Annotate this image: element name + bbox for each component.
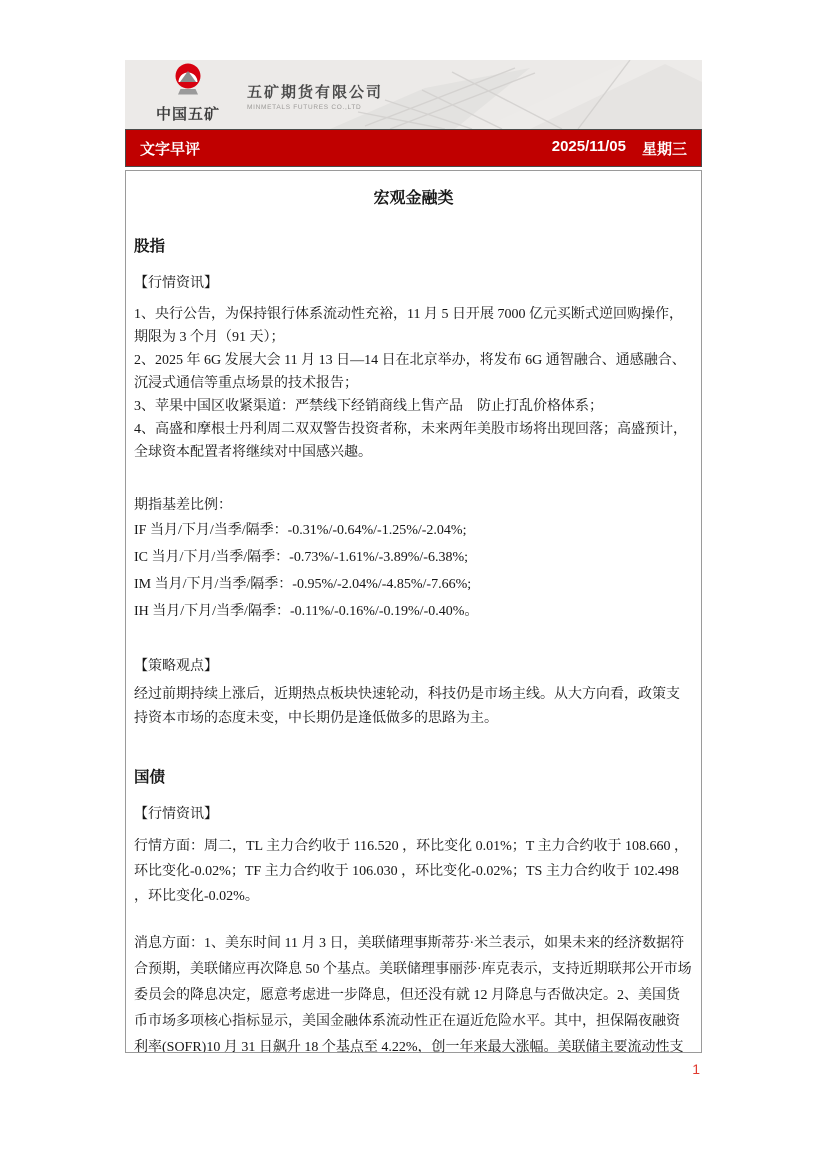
company-name-cn: 五矿期货有限公司 — [247, 81, 383, 102]
brand-block: 中国五矿 五矿期货有限公司 MINMETALS FUTURES CO.,LTD — [155, 63, 383, 124]
section-heading-stock-index: 股指 — [134, 234, 693, 256]
treasury-news-text: 消息方面：1、美东时间 11 月 3 日，美联储理事斯蒂芬·米兰表示，如果未来的… — [134, 931, 693, 1053]
treasury-news-label: 【行情资讯】 — [134, 803, 693, 826]
basis-line-if: IF 当月/下月/当季/隔季：-0.31%/-0.64%/-1.25%/-2.0… — [134, 517, 693, 544]
basis-line-im: IM 当月/下月/当季/隔季：-0.95%/-2.04%/-4.85%/-7.6… — [134, 571, 693, 598]
stock-news-list: 1、央行公告，为保持银行体系流动性充裕，11 月 5 日开展 7000 亿元买断… — [134, 303, 693, 464]
banner-date: 2025/11/05 星期三 — [552, 138, 687, 159]
news-item: 3、苹果中国区收紧渠道：严禁线下经销商线上售产品 防止打乱价格体系； — [134, 395, 693, 418]
company-name-block: 五矿期货有限公司 MINMETALS FUTURES CO.,LTD — [247, 63, 383, 124]
report-header: 中国五矿 五矿期货有限公司 MINMETALS FUTURES CO.,LTD — [125, 60, 702, 129]
building-watermark-image — [330, 60, 702, 129]
news-item: 2、2025 年 6G 发展大会 11 月 13 日—14 日在北京举办，将发布… — [134, 349, 693, 395]
strategy-label: 【策略观点】 — [134, 655, 693, 678]
basis-line-ih: IH 当月/下月/当季/隔季：-0.11%/-0.16%/-0.19%/-0.4… — [134, 598, 693, 625]
basis-line-ic: IC 当月/下月/当季/隔季：-0.73%/-1.61%/-3.89%/-6.3… — [134, 544, 693, 571]
weekday-text: 星期三 — [642, 138, 687, 159]
date-text: 2025/11/05 — [552, 138, 626, 159]
banner-title: 文字早评 — [140, 138, 200, 159]
logo-text: 中国五矿 — [155, 103, 221, 124]
page-number: 1 — [692, 1061, 700, 1077]
news-item: 4、高盛和摩根士丹利周二双双警告投资者称，未来两年美股市场将出现回落；高盛预计，… — [134, 418, 693, 464]
document-page: 中国五矿 五矿期货有限公司 MINMETALS FUTURES CO.,LTD … — [125, 60, 702, 1079]
news-item: 1、央行公告，为保持银行体系流动性充裕，11 月 5 日开展 7000 亿元买断… — [134, 303, 693, 349]
stock-news-label: 【行情资讯】 — [134, 272, 693, 295]
page-footer: 1 — [125, 1061, 702, 1079]
category-title: 宏观金融类 — [134, 185, 693, 208]
company-name-en: MINMETALS FUTURES CO.,LTD — [247, 104, 383, 111]
minmetals-logo-icon — [167, 63, 209, 99]
report-body: 宏观金融类 股指 【行情资讯】 1、央行公告，为保持银行体系流动性充裕，11 月… — [125, 170, 702, 1053]
section-heading-treasury: 国债 — [134, 765, 693, 787]
minmetals-logo: 中国五矿 — [155, 63, 221, 124]
title-banner: 文字早评 2025/11/05 星期三 — [125, 129, 702, 167]
strategy-text: 经过前期持续上涨后，近期热点板块快速轮动，科技仍是市场主线。从大方向看，政策支持… — [134, 683, 693, 731]
treasury-market-text: 行情方面：周二，TL 主力合约收于 116.520 ，环比变化 0.01%；T … — [134, 834, 693, 909]
basis-ratio-label: 期指基差比例： — [134, 494, 693, 517]
